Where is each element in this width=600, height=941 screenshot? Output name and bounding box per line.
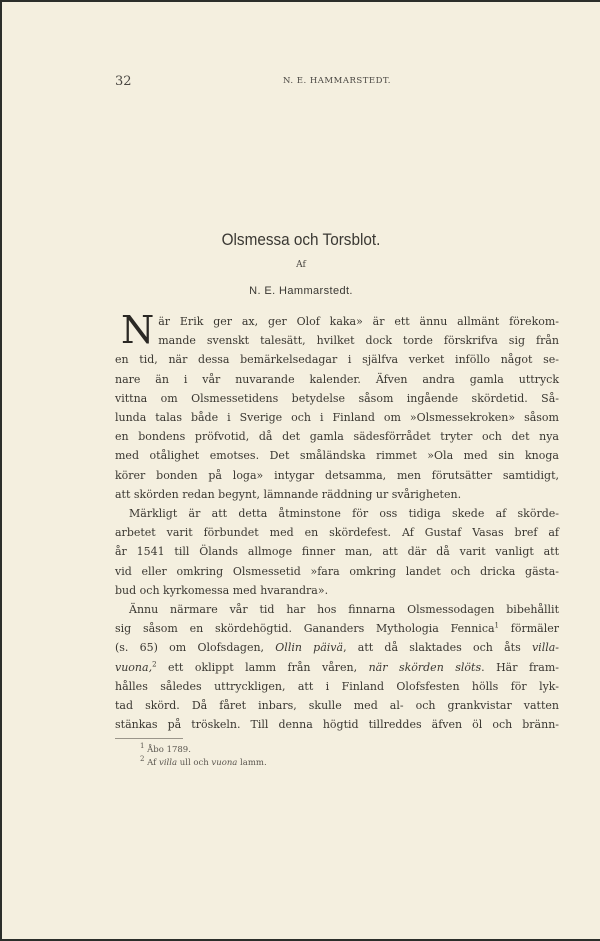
text-segment: förmäler [499,622,559,635]
text-line: stänkas på tröskeln. Till denna högtid t… [115,715,559,734]
text-line: är Erik ger ax, ger Olof kaka» är ett än… [115,312,559,331]
text-segment: sig såsom en skördehögtid. Gananders Myt… [115,622,495,635]
text-line: hålles således uttryckligen, att i Finla… [115,677,559,696]
text-segment: , att då slaktades och åts [343,641,532,654]
text-line: att skörden redan begynt, lämnande räddn… [115,485,559,504]
footnote-2: 2 Af villa ull och vuona lamm. [140,757,540,770]
text-line: tad skörd. Då fåret inbars, skulle med a… [115,696,559,715]
text-line: lunda talas både i Sverige och i Finland… [115,408,559,427]
text-line: vid eller omkring Olsmessetid »fara omkr… [115,562,559,581]
text-line: körer bonden på loga» intygar detsamma, … [115,466,559,485]
footnotes: 1 Åbo 1789. 2 Af villa ull och vuona lam… [140,744,540,770]
running-head: N. E. HAMMARSTEDT. [115,76,559,86]
byline-af: Af [2,260,600,270]
article-author: N. E. Hammarstedt. [2,285,600,297]
footnote-mark: 2 [140,755,144,763]
drop-cap: N [121,314,154,346]
article-body: N är Erik ger ax, ger Olof kaka» är ett … [115,312,559,734]
footnote-1: 1 Åbo 1789. [140,744,540,757]
footnote-text: Af [147,758,159,768]
paragraph-2: Märkligt är att detta åtminstone för oss… [115,504,559,600]
text-line: vittna om Olsmessetidens betydelse såsom… [115,389,559,408]
footnote-text: ull och [177,758,211,768]
text-segment: (s. 65) om Olofsdagen, [115,641,275,654]
text-line: nare än i vår nuvarande kalender. Äfven … [115,370,559,389]
italic-term: vuona [211,758,237,768]
text-line: en bondens pröfvotid, då det gamla sädes… [115,427,559,446]
text-segment: ett oklippt lamm från våren, [157,661,369,674]
text-line: med otålighet emotses. Det småländska ri… [115,446,559,465]
text-line: sig såsom en skördehögtid. Gananders Myt… [115,619,559,638]
text-line: vuona,2 ett oklippt lamm från våren, när… [115,658,559,677]
footnote-divider [115,738,183,739]
footnote-text: lamm. [237,758,266,768]
paragraph-3: Ännu närmare vår tid har hos finnarna Ol… [115,600,559,734]
paragraph-1: N är Erik ger ax, ger Olof kaka» är ett … [115,312,559,504]
italic-term: villa [159,758,177,768]
text-line: år 1541 till Ölands allmoge finner man, … [115,542,559,561]
footnote-text: Åbo 1789. [147,745,191,755]
text-line: arbetet varit förbundet med en skördefes… [115,523,559,542]
text-line: mande svenskt talesätt, hvilket dock tor… [115,331,559,350]
footnote-mark: 1 [140,742,144,750]
italic-term: Ollin päivä [275,641,343,654]
italic-term: villa- [532,641,559,654]
text-segment: . Här fram- [481,661,559,674]
text-line: en tid, när dessa bemärkelsedagar i själ… [115,350,559,369]
text-line: (s. 65) om Olofsdagen, Ollin päivä, att … [115,638,559,657]
text-line: bud och kyrkomessa med hvarandra». [115,581,559,600]
document-page: 32 N. E. HAMMARSTEDT. Olsmessa och Torsb… [2,2,600,939]
article-title: Olsmessa och Torsblot. [32,230,570,250]
italic-term: när skörden slöts [369,661,482,674]
italic-term: vuona, [115,661,152,674]
text-line: Märkligt är att detta åtminstone för oss… [115,504,559,523]
text-line: Ännu närmare vår tid har hos finnarna Ol… [115,600,559,619]
